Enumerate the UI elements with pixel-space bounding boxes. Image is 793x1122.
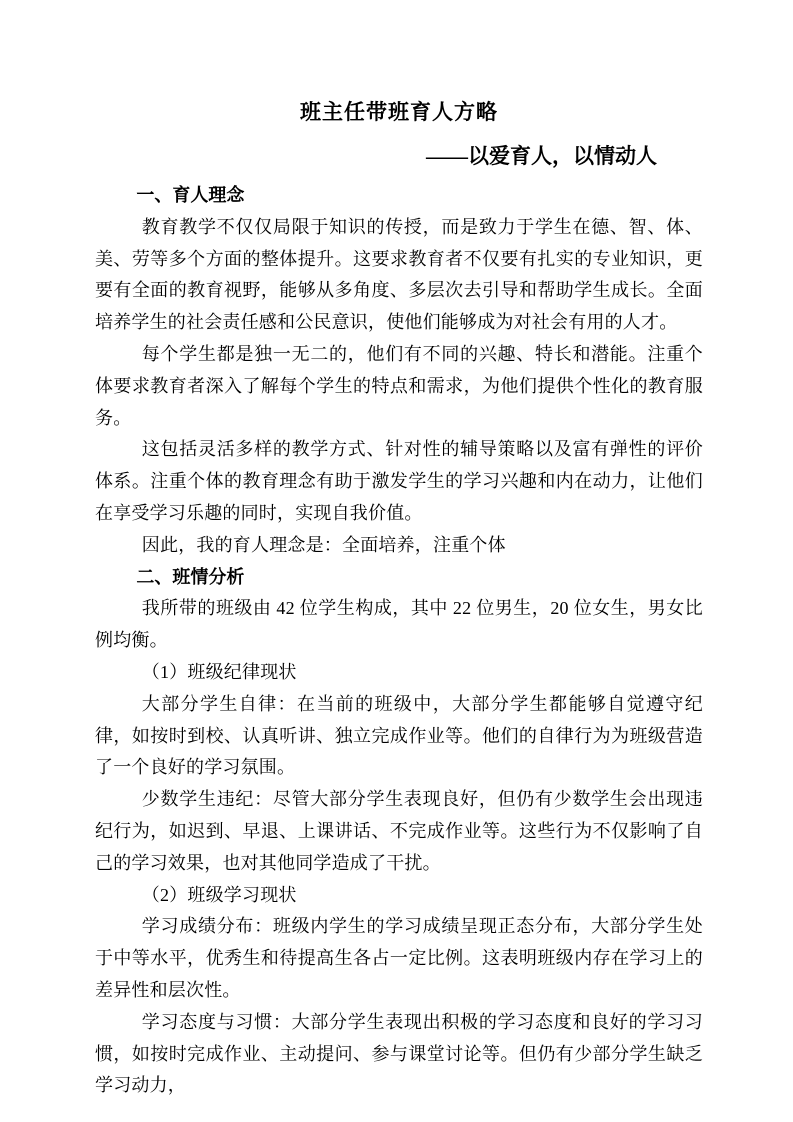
paragraph: 大部分学生自律：在当前的班级中，大部分学生都能够自觉遵守纪律，如按时到校、认真听… (95, 689, 703, 784)
document-page: 班主任带班育人方略 ——以爱育人，以情动人 一、育人理念 教育教学不仅仅局限于知… (0, 0, 793, 1122)
section-heading-banqing-fenxi: 二、班情分析 (95, 562, 703, 594)
paragraph: 这包括灵活多样的教学方式、针对性的辅导策略以及富有弹性的评价体系。注重个体的教育… (95, 434, 703, 529)
paragraph: 我所带的班级由 42 位学生构成，其中 22 位男生，20 位女生，男女比例均衡… (95, 593, 703, 657)
paragraph: 学习成绩分布：班级内学生的学习成绩呈现正态分布，大部分学生处于中等水平，优秀生和… (95, 911, 703, 1006)
sub-heading-study-status: （2）班级学习现状 (95, 880, 703, 912)
paragraph: 少数学生违纪：尽管大部分学生表现良好，但仍有少数学生会出现违纪行为，如迟到、早退… (95, 784, 703, 879)
page-title: 班主任带班育人方略 (95, 96, 703, 128)
sub-heading-discipline-status: （1）班级纪律现状 (95, 657, 703, 689)
paragraph: 学习态度与习惯：大部分学生表现出积极的学习态度和良好的学习习惯，如按时完成作业、… (95, 1007, 703, 1102)
page-subtitle: ——以爱育人，以情动人 (95, 140, 703, 172)
paragraph-conclusion: 因此，我的育人理念是：全面培养，注重个体 (95, 530, 703, 562)
section-heading-yuren-linian: 一、育人理念 (95, 180, 703, 212)
paragraph: 每个学生都是独一无二的，他们有不同的兴趣、特长和潜能。注重个体要求教育者深入了解… (95, 339, 703, 434)
paragraph: 教育教学不仅仅局限于知识的传授，而是致力于学生在德、智、体、美、劳等多个方面的整… (95, 212, 703, 339)
